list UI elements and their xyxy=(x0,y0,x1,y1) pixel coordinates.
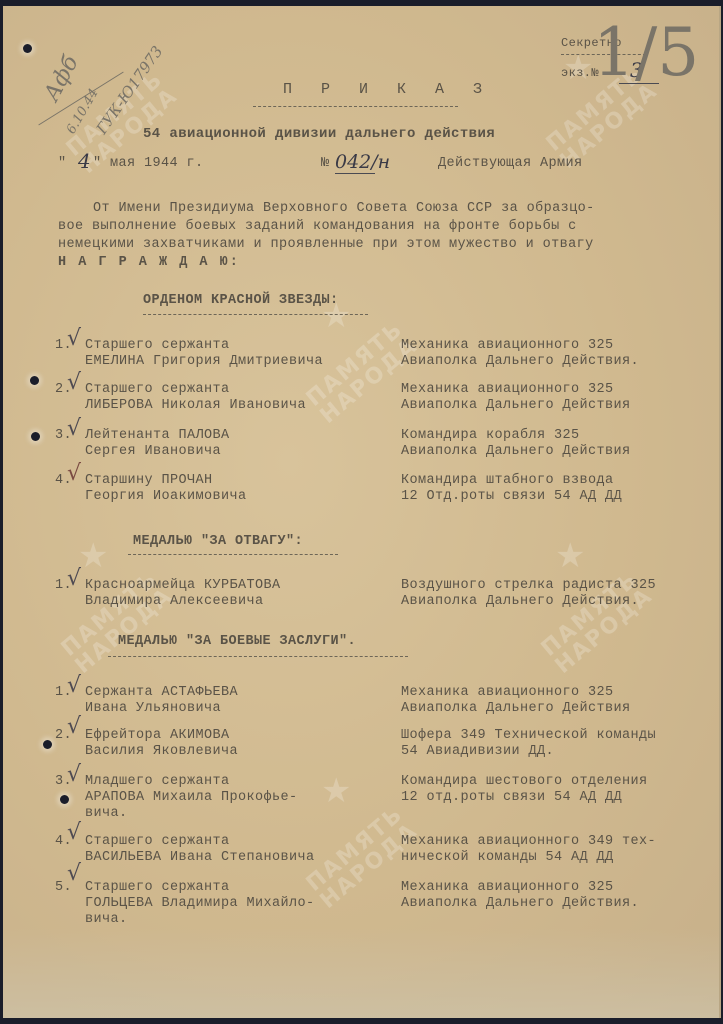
entry-name: Георгия Иоакимовича xyxy=(85,489,247,504)
entry-position: Командира штабного взвода xyxy=(401,473,614,488)
entry-name: Ивана Ульяновича xyxy=(85,701,221,716)
entry-number: 1. xyxy=(55,338,72,353)
entry-name-continued: вича. xyxy=(85,806,128,821)
entry-number: 4. xyxy=(55,473,72,488)
entry-number: 1. xyxy=(55,685,72,700)
entry-rank: Лейтенанта ПАЛОВА xyxy=(85,428,230,443)
entry-rank: Младшего сержанта xyxy=(85,774,230,789)
preamble-line-2: вое выполнение боевых заданий командован… xyxy=(58,219,577,234)
entry-position: Механика авиационного 325 xyxy=(401,338,614,353)
preamble-line-3: немецкими захватчиками и проявленные при… xyxy=(58,237,594,252)
punch-hole xyxy=(31,432,40,441)
entry-name: Владимира Алексеевича xyxy=(85,594,264,609)
entry-number: 5. xyxy=(55,880,72,895)
preamble-line-1: От Имени Президиума Верховного Совета Со… xyxy=(93,201,595,216)
punch-hole xyxy=(23,44,32,53)
entry-number: 2. xyxy=(55,728,72,743)
entry-position: Воздушного стрелка радиста 325 xyxy=(401,578,656,593)
entry-position: Механика авиационного 325 xyxy=(401,382,614,397)
section-underline xyxy=(108,656,408,657)
unit-name: 54 авиационной дивизии дальнего действия xyxy=(143,126,495,142)
punch-hole xyxy=(43,740,52,749)
section-heading: ОРДЕНОМ КРАСНОЙ ЗВЕЗДЫ: xyxy=(143,293,339,308)
punch-hole xyxy=(60,795,69,804)
entry-rank: Ефрейтора АКИМОВА xyxy=(85,728,230,743)
date-text: " мая 1944 г. xyxy=(93,156,204,171)
section-heading: МЕДАЛЬЮ "ЗА БОЕВЫЕ ЗАСЛУГИ". xyxy=(118,634,356,649)
preamble-award-verb: Н А Г Р А Ж Д А Ю: xyxy=(58,255,240,270)
entry-position: 12 Отд.роты связи 54 АД ДД xyxy=(401,489,622,504)
section-heading: МЕДАЛЬЮ "ЗА ОТВАГУ": xyxy=(133,534,303,549)
entry-position: Механика авиационного 349 тех- xyxy=(401,834,656,849)
entry-rank: Старшего сержанта xyxy=(85,880,230,895)
entry-position: Авиаполка Дальнего Действия. xyxy=(401,896,639,911)
entry-position: Авиаполка Дальнего Действия. xyxy=(401,354,639,369)
archive-note: Афб xyxy=(40,52,84,106)
entry-rank: Старшего сержанта xyxy=(85,338,230,353)
document-page: ПАМЯТЬНАРОДА ПАМЯТЬНАРОДА ПАМЯТЬНАРОДА П… xyxy=(3,6,721,1018)
entry-position: Авиаполка Дальнего Действия xyxy=(401,701,631,716)
entry-name: Сергея Ивановича xyxy=(85,444,221,459)
entry-rank: Старшего сержанта xyxy=(85,834,230,849)
entry-number: 1. xyxy=(55,578,72,593)
entry-position: Авиаполка Дальнего Действия. xyxy=(401,594,639,609)
date-open-quote: " xyxy=(58,156,67,171)
entry-name: АРАПОВА Михаила Прокофье- xyxy=(85,790,298,805)
order-number: 042/н xyxy=(335,151,390,173)
title-underline xyxy=(253,106,458,107)
entry-name: ГОЛЬЦЕВА Владимира Михайло- xyxy=(85,896,315,911)
document-title: П Р И К А З xyxy=(283,81,492,98)
date-day: 4 xyxy=(78,149,91,173)
entry-position: Механика авиационного 325 xyxy=(401,880,614,895)
entry-name: ВАСИЛЬЕВА Ивана Степановича xyxy=(85,850,315,865)
entry-position: нической команды 54 АД ДД xyxy=(401,850,614,865)
entry-rank: Старшину ПРОЧАН xyxy=(85,473,213,488)
entry-position: Командира корабля 325 xyxy=(401,428,580,443)
entry-rank: Красноармейца КУРБАТОВА xyxy=(85,578,281,593)
entry-position: 12 отд.роты связи 54 АД ДД xyxy=(401,790,622,805)
order-number-underline xyxy=(335,173,375,174)
entry-position: Авиаполка Дальнего Действия xyxy=(401,444,631,459)
entry-number: 3. xyxy=(55,774,72,789)
entry-position: Командира шестового отделения xyxy=(401,774,648,789)
punch-hole xyxy=(30,376,39,385)
entry-position: Механика авиационного 325 xyxy=(401,685,614,700)
entry-name-continued: вича. xyxy=(85,912,128,927)
watermark-star-icon: ★ xyxy=(78,536,108,576)
watermark-star-icon: ★ xyxy=(321,771,351,811)
entry-number: 3. xyxy=(55,428,72,443)
entry-number: 4. xyxy=(55,834,72,849)
location: Действующая Армия xyxy=(438,156,583,171)
entry-position: Авиаполка Дальнего Действия xyxy=(401,398,631,413)
entry-rank: Сержанта АСТАФЬЕВА xyxy=(85,685,238,700)
order-number-label: № xyxy=(321,156,330,171)
entry-number: 2. xyxy=(55,382,72,397)
section-underline xyxy=(143,314,368,315)
entry-rank: Старшего сержанта xyxy=(85,382,230,397)
entry-position: Шофера 349 Технической команды xyxy=(401,728,656,743)
entry-name: Василия Яковлевича xyxy=(85,744,238,759)
entry-name: ЕМЕЛИНА Григория Дмитриевича xyxy=(85,354,323,369)
section-underline xyxy=(128,554,338,555)
sheet-number: 1/5 xyxy=(593,14,699,91)
entry-name: ЛИБЕРОВА Николая Ивановича xyxy=(85,398,306,413)
watermark-star-icon: ★ xyxy=(555,536,585,576)
entry-position: 54 Авиадивизии ДД. xyxy=(401,744,554,759)
